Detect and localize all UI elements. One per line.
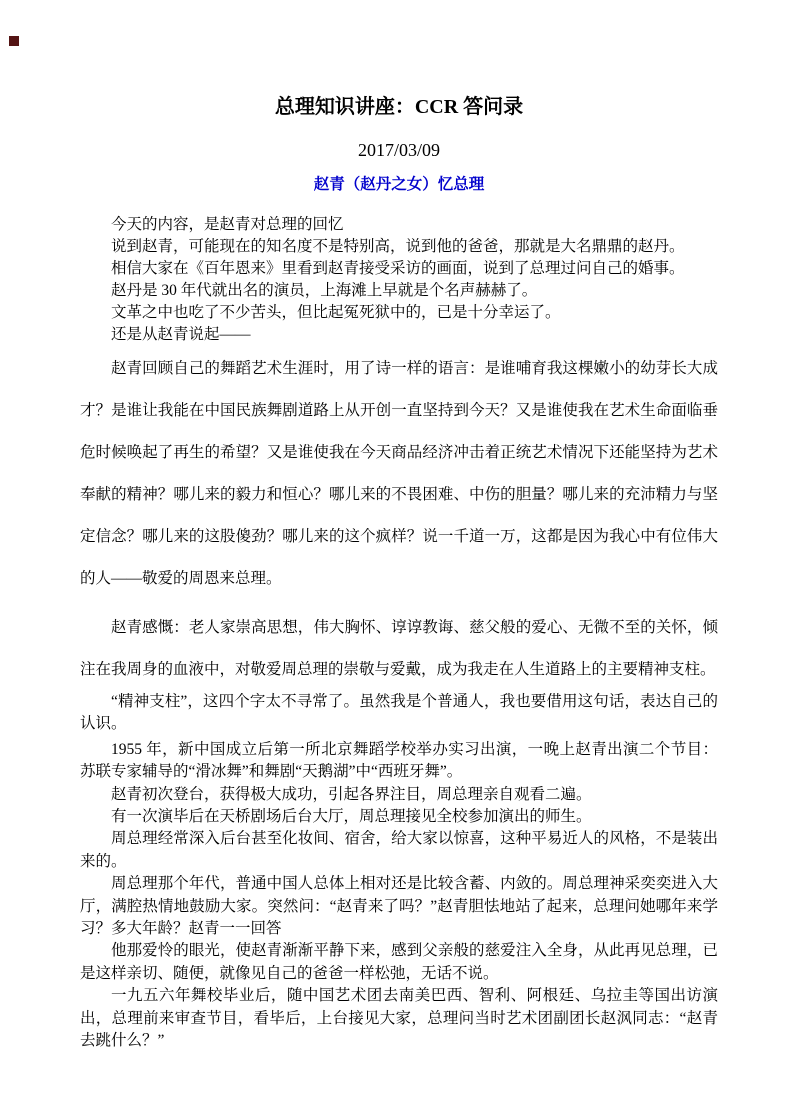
body-paragraph: 一九五六年舞校毕业后，随中国艺术团去南美巴西、智利、阿根廷、乌拉圭等国出访演出，… (80, 985, 718, 1052)
poem-paragraph: 赵青回顾自己的舞蹈艺术生涯时，用了诗一样的语言：是谁哺育我这棵嫩小的幼芽长大成才… (80, 348, 718, 600)
body-paragraph: 他那爱怜的眼光，使赵青渐渐平静下来，感到父亲般的慈爱注入全身，从此再见总理，已是… (80, 940, 718, 985)
intro-line: 还是从赵青说起—— (80, 324, 718, 346)
byline: 赵青（赵丹之女）忆总理 (80, 175, 718, 195)
intro-line: 文革之中也吃了不少苦头，但比起冤死狱中的，已是十分幸运了。 (80, 302, 718, 324)
body-paragraph: 有一次演毕后在天桥剧场后台大厅，周总理接见全校参加演出的师生。 (80, 806, 718, 828)
body-paragraph: 1955 年，新中国成立后第一所北京舞蹈学校举办实习出演，一晚上赵青出演二个节目… (80, 739, 718, 784)
body-paragraph: “精神支柱”，这四个字太不寻常了。虽然我是个普通人，我也要借用这句话，表达自己的… (80, 691, 718, 736)
body-paragraph: 周总理经常深入后台甚至化妆间、宿舍，给大家以惊喜，这种平易近人的风格，不是装出来… (80, 828, 718, 873)
corner-mark (9, 36, 19, 46)
body-paragraph: 周总理那个年代，普通中国人总体上相对还是比较含蓄、内敛的。周总理神采奕奕进入大厅… (80, 873, 718, 940)
intro-block: 今天的内容，是赵青对总理的回忆 说到赵青，可能现在的知名度不是特别高，说到他的爸… (80, 214, 718, 346)
document-page: 总理知识讲座：CCR 答问录 2017/03/09 赵青（赵丹之女）忆总理 今天… (80, 0, 718, 1053)
body-block: “精神支柱”，这四个字太不寻常了。虽然我是个普通人，我也要借用这句话，表达自己的… (80, 691, 718, 1053)
document-date: 2017/03/09 (80, 139, 718, 161)
page-title: 总理知识讲座：CCR 答问录 (80, 95, 718, 119)
intro-line: 说到赵青，可能现在的知名度不是特别高，说到他的爸爸，那就是大名鼎鼎的赵丹。 (80, 236, 718, 258)
intro-line: 赵丹是 30 年代就出名的演员，上海滩上早就是个名声赫赫了。 (80, 280, 718, 302)
tribute-paragraph: 赵青感慨：老人家崇高思想，伟大胸怀、谆谆教诲、慈父般的爱心、无微不至的关怀，倾注… (80, 607, 718, 691)
body-paragraph: 赵青初次登台，获得极大成功，引起各界注目，周总理亲自观看二遍。 (80, 784, 718, 806)
intro-line: 相信大家在《百年恩来》里看到赵青接受采访的画面，说到了总理过问自己的婚事。 (80, 258, 718, 280)
intro-line: 今天的内容，是赵青对总理的回忆 (80, 214, 718, 236)
